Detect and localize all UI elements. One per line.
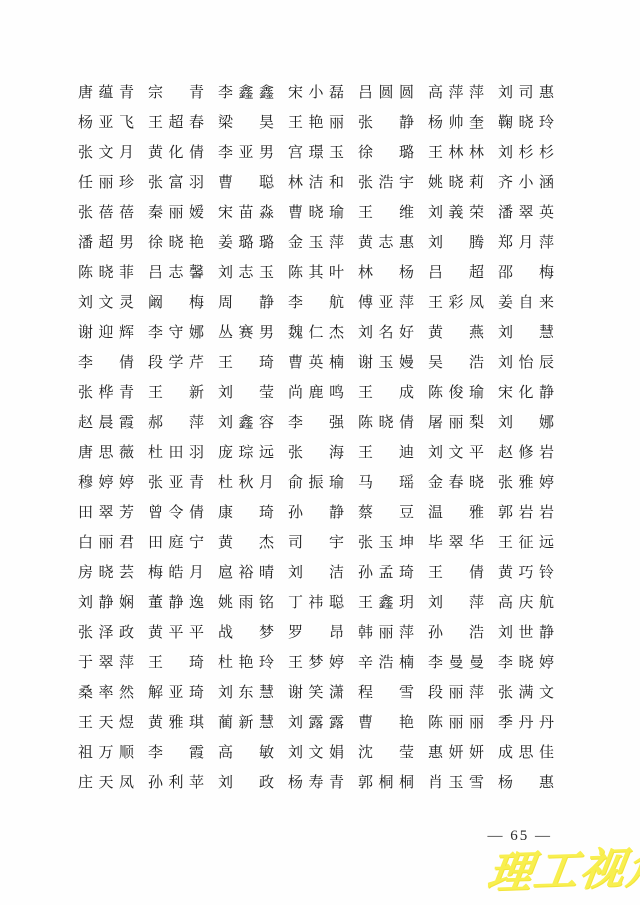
table-row: 李倩段学芹王琦曹英楠谢玉嫚吴浩刘怡辰 bbox=[78, 348, 554, 378]
person-name: 田庭宁 bbox=[148, 528, 204, 558]
person-name: 吴浩 bbox=[428, 348, 484, 378]
table-row: 谢迎辉李守娜丛赛男魏仁杰刘名好黄燕刘慧 bbox=[78, 318, 554, 348]
person-name: 丁祎聪 bbox=[288, 588, 344, 618]
person-name: 刘文娟 bbox=[288, 738, 344, 768]
person-name: 张泽政 bbox=[78, 618, 134, 648]
person-name: 王征远 bbox=[498, 528, 554, 558]
person-name: 梁昊 bbox=[218, 108, 274, 138]
person-name: 赵修岩 bbox=[498, 438, 554, 468]
person-name: 蔡豆 bbox=[358, 498, 414, 528]
person-name: 张静 bbox=[358, 108, 414, 138]
person-name: 王琦 bbox=[148, 648, 204, 678]
person-name: 辛浩楠 bbox=[358, 648, 414, 678]
person-name: 刘鑫容 bbox=[218, 408, 274, 438]
person-name: 张雅婷 bbox=[498, 468, 554, 498]
person-name: 梅皓月 bbox=[148, 558, 204, 588]
table-row: 张文月黄化倩李亚男宫璟玉徐璐王林林刘杉杉 bbox=[78, 138, 554, 168]
table-row: 于翠萍王琦杜艳玲王梦婷辛浩楠李曼曼李晓婷 bbox=[78, 648, 554, 678]
person-name: 俞振瑜 bbox=[288, 468, 344, 498]
person-name: 李曼曼 bbox=[428, 648, 484, 678]
person-name: 刘腾 bbox=[428, 228, 484, 258]
table-row: 祖万顺李霞高敏刘文娟沈莹惠妍妍成思佳 bbox=[78, 738, 554, 768]
person-name: 王天煜 bbox=[78, 708, 134, 738]
person-name: 解亚琦 bbox=[148, 678, 204, 708]
person-name: 刘萍 bbox=[428, 588, 484, 618]
person-name: 秦丽嫒 bbox=[148, 198, 204, 228]
person-name: 张满文 bbox=[498, 678, 554, 708]
person-name: 刘静娴 bbox=[78, 588, 134, 618]
person-name: 陈晓菲 bbox=[78, 258, 134, 288]
person-name: 王倩 bbox=[428, 558, 484, 588]
person-name: 张蓓蓓 bbox=[78, 198, 134, 228]
person-name: 张浩宇 bbox=[358, 168, 414, 198]
person-name: 刘司惠 bbox=[498, 78, 554, 108]
person-name: 白丽君 bbox=[78, 528, 134, 558]
person-name: 毕翠华 bbox=[428, 528, 484, 558]
person-name: 谢玉嫚 bbox=[358, 348, 414, 378]
person-name: 陈晓倩 bbox=[358, 408, 414, 438]
person-name: 刘东慧 bbox=[218, 678, 274, 708]
person-name: 任丽珍 bbox=[78, 168, 134, 198]
person-name: 孙孟琦 bbox=[358, 558, 414, 588]
person-name: 徐晓艳 bbox=[148, 228, 204, 258]
person-name: 王梦婷 bbox=[288, 648, 344, 678]
person-name: 黄化倩 bbox=[148, 138, 204, 168]
person-name: 庞琮远 bbox=[218, 438, 274, 468]
person-name: 王林林 bbox=[428, 138, 484, 168]
person-name: 孙静 bbox=[288, 498, 344, 528]
person-name: 王迪 bbox=[358, 438, 414, 468]
person-name: 于翠萍 bbox=[78, 648, 134, 678]
person-name: 郭岩岩 bbox=[498, 498, 554, 528]
person-name: 魏仁杰 bbox=[288, 318, 344, 348]
person-name: 黄杰 bbox=[218, 528, 274, 558]
person-name: 黄巧铃 bbox=[498, 558, 554, 588]
table-row: 陈晓菲吕志馨刘志玉陈其叶林杨吕超邵梅 bbox=[78, 258, 554, 288]
person-name: 赵晨霞 bbox=[78, 408, 134, 438]
person-name: 张文月 bbox=[78, 138, 134, 168]
person-name: 黄志惠 bbox=[358, 228, 414, 258]
person-name: 程雪 bbox=[358, 678, 414, 708]
person-name: 刘怡辰 bbox=[498, 348, 554, 378]
person-name: 王鑫玥 bbox=[358, 588, 414, 618]
person-name: 罗昂 bbox=[288, 618, 344, 648]
table-row: 田翠芳曾令倩康琦孙静蔡豆温雅郭岩岩 bbox=[78, 498, 554, 528]
person-name: 唐思薇 bbox=[78, 438, 134, 468]
person-name: 战梦 bbox=[218, 618, 274, 648]
person-name: 杨帅奎 bbox=[428, 108, 484, 138]
person-name: 金春晓 bbox=[428, 468, 484, 498]
person-name: 吕圆圆 bbox=[358, 78, 414, 108]
person-name: 李倩 bbox=[78, 348, 134, 378]
person-name: 杨寿青 bbox=[288, 768, 344, 798]
person-name: 李强 bbox=[288, 408, 344, 438]
person-name: 曹艳 bbox=[358, 708, 414, 738]
person-name: 尚鹿鸣 bbox=[288, 378, 344, 408]
person-name: 蔺新慧 bbox=[218, 708, 274, 738]
table-row: 刘静娴董静逸姚雨铭丁祎聪王鑫玥刘萍高庆航 bbox=[78, 588, 554, 618]
table-row: 赵晨霞郝萍刘鑫容李强陈晓倩屠丽梨刘娜 bbox=[78, 408, 554, 438]
table-row: 唐蕴青宗青李鑫鑫宋小磊吕圆圆高萍萍刘司惠 bbox=[78, 78, 554, 108]
table-row: 房晓芸梅皓月扈裕晴刘洁孙孟琦王倩黄巧铃 bbox=[78, 558, 554, 588]
person-name: 宋苗淼 bbox=[218, 198, 274, 228]
person-name: 郑月萍 bbox=[498, 228, 554, 258]
person-name: 阚梅 bbox=[148, 288, 204, 318]
person-name: 张桦青 bbox=[78, 378, 134, 408]
person-name: 陈丽丽 bbox=[428, 708, 484, 738]
person-name: 刘文平 bbox=[428, 438, 484, 468]
person-name: 穆婷婷 bbox=[78, 468, 134, 498]
person-name: 曹晓瑜 bbox=[288, 198, 344, 228]
person-name: 陈其叶 bbox=[288, 258, 344, 288]
person-name: 刘露露 bbox=[288, 708, 344, 738]
person-name: 黄雅琪 bbox=[148, 708, 204, 738]
person-name: 王成 bbox=[358, 378, 414, 408]
person-name: 王维 bbox=[358, 198, 414, 228]
person-name: 陈俊瑜 bbox=[428, 378, 484, 408]
table-row: 穆婷婷张亚青杜秋月俞振瑜马瑶金春晓张雅婷 bbox=[78, 468, 554, 498]
person-name: 李霞 bbox=[148, 738, 204, 768]
person-name: 刘洁 bbox=[288, 558, 344, 588]
person-name: 马瑶 bbox=[358, 468, 414, 498]
person-name: 李鑫鑫 bbox=[218, 78, 274, 108]
table-row: 潘超男徐晓艳姜璐璐金玉萍黄志惠刘腾郑月萍 bbox=[78, 228, 554, 258]
table-row: 张桦青王新刘莹尚鹿鸣王成陈俊瑜宋化静 bbox=[78, 378, 554, 408]
person-name: 曾令倩 bbox=[148, 498, 204, 528]
person-name: 吕超 bbox=[428, 258, 484, 288]
page-number: — 65 — bbox=[488, 828, 553, 845]
person-name: 邵梅 bbox=[498, 258, 554, 288]
person-name: 李守娜 bbox=[148, 318, 204, 348]
person-name: 高敏 bbox=[218, 738, 274, 768]
table-row: 张蓓蓓秦丽嫒宋苗淼曹晓瑜王维刘義荣潘翠英 bbox=[78, 198, 554, 228]
person-name: 屠丽梨 bbox=[428, 408, 484, 438]
person-name: 刘世静 bbox=[498, 618, 554, 648]
person-name: 温雅 bbox=[428, 498, 484, 528]
person-name: 惠妍妍 bbox=[428, 738, 484, 768]
table-row: 张泽政黄平平战梦罗昂韩丽萍孙浩刘世静 bbox=[78, 618, 554, 648]
person-name: 王琦 bbox=[218, 348, 274, 378]
person-name: 孙浩 bbox=[428, 618, 484, 648]
table-row: 白丽君田庭宁黄杰司宇张玉坤毕翠华王征远 bbox=[78, 528, 554, 558]
person-name: 高庆航 bbox=[498, 588, 554, 618]
table-row: 桑率然解亚琦刘东慧谢笑潇程雪段丽萍张满文 bbox=[78, 678, 554, 708]
person-name: 李亚男 bbox=[218, 138, 274, 168]
person-name: 李晓婷 bbox=[498, 648, 554, 678]
table-row: 杨亚飞王超春梁昊王艳丽张静杨帅奎鞠晓玲 bbox=[78, 108, 554, 138]
person-name: 扈裕晴 bbox=[218, 558, 274, 588]
person-name: 段丽萍 bbox=[428, 678, 484, 708]
person-name: 刘杉杉 bbox=[498, 138, 554, 168]
person-name: 宋小磊 bbox=[288, 78, 344, 108]
person-name: 姚晓莉 bbox=[428, 168, 484, 198]
document-page: 唐蕴青宗青李鑫鑫宋小磊吕圆圆高萍萍刘司惠杨亚飞王超春梁昊王艳丽张静杨帅奎鞠晓玲张… bbox=[0, 0, 640, 905]
person-name: 庄天凤 bbox=[78, 768, 134, 798]
person-name: 杜秋月 bbox=[218, 468, 274, 498]
person-name: 姚雨铭 bbox=[218, 588, 274, 618]
person-name: 周静 bbox=[218, 288, 274, 318]
person-name: 刘慧 bbox=[498, 318, 554, 348]
person-name: 宋化静 bbox=[498, 378, 554, 408]
person-name: 刘文灵 bbox=[78, 288, 134, 318]
person-name: 丛赛男 bbox=[218, 318, 274, 348]
person-name: 季丹丹 bbox=[498, 708, 554, 738]
person-name: 潘翠英 bbox=[498, 198, 554, 228]
person-name: 康琦 bbox=[218, 498, 274, 528]
person-name: 张亚青 bbox=[148, 468, 204, 498]
person-name: 黄燕 bbox=[428, 318, 484, 348]
person-name: 司宇 bbox=[288, 528, 344, 558]
person-name: 刘義荣 bbox=[428, 198, 484, 228]
person-name: 杨惠 bbox=[498, 768, 554, 798]
person-name: 宫璟玉 bbox=[288, 138, 344, 168]
table-row: 王天煜黄雅琪蔺新慧刘露露曹艳陈丽丽季丹丹 bbox=[78, 708, 554, 738]
person-name: 张海 bbox=[288, 438, 344, 468]
person-name: 杜田羽 bbox=[148, 438, 204, 468]
person-name: 刘政 bbox=[218, 768, 274, 798]
person-name: 张富羽 bbox=[148, 168, 204, 198]
person-name: 林杨 bbox=[358, 258, 414, 288]
person-name: 田翠芳 bbox=[78, 498, 134, 528]
person-name: 宗青 bbox=[148, 78, 204, 108]
person-name: 曹聪 bbox=[218, 168, 274, 198]
person-name: 肖玉雪 bbox=[428, 768, 484, 798]
person-name: 桑率然 bbox=[78, 678, 134, 708]
person-name: 傅亚萍 bbox=[358, 288, 414, 318]
person-name: 刘名好 bbox=[358, 318, 414, 348]
table-row: 刘文灵阚梅周静李航傅亚萍王彩凤姜自来 bbox=[78, 288, 554, 318]
person-name: 高萍萍 bbox=[428, 78, 484, 108]
person-name: 杨亚飞 bbox=[78, 108, 134, 138]
person-name: 李航 bbox=[288, 288, 344, 318]
person-name: 孙利苹 bbox=[148, 768, 204, 798]
person-name: 徐璐 bbox=[358, 138, 414, 168]
person-name: 曹英楠 bbox=[288, 348, 344, 378]
table-row: 庄天凤孙利苹刘政杨寿青郭桐桐肖玉雪杨惠 bbox=[78, 768, 554, 798]
person-name: 房晓芸 bbox=[78, 558, 134, 588]
person-name: 刘莹 bbox=[218, 378, 274, 408]
person-name: 齐小涵 bbox=[498, 168, 554, 198]
person-name: 成思佳 bbox=[498, 738, 554, 768]
person-name: 沈莹 bbox=[358, 738, 414, 768]
person-name: 鞠晓玲 bbox=[498, 108, 554, 138]
person-name: 祖万顺 bbox=[78, 738, 134, 768]
person-name: 郝萍 bbox=[148, 408, 204, 438]
person-name: 刘志玉 bbox=[218, 258, 274, 288]
table-row: 唐思薇杜田羽庞琮远张海王迪刘文平赵修岩 bbox=[78, 438, 554, 468]
person-name: 姜自来 bbox=[498, 288, 554, 318]
person-name: 黄平平 bbox=[148, 618, 204, 648]
person-name: 郭桐桐 bbox=[358, 768, 414, 798]
person-name: 张玉坤 bbox=[358, 528, 414, 558]
person-name: 刘娜 bbox=[498, 408, 554, 438]
person-name: 王彩凤 bbox=[428, 288, 484, 318]
watermark: 理工视角 bbox=[484, 844, 640, 899]
person-name: 唐蕴青 bbox=[78, 78, 134, 108]
person-name: 王超春 bbox=[148, 108, 204, 138]
person-name: 姜璐璐 bbox=[218, 228, 274, 258]
person-name: 韩丽萍 bbox=[358, 618, 414, 648]
person-name: 谢笑潇 bbox=[288, 678, 344, 708]
person-name: 谢迎辉 bbox=[78, 318, 134, 348]
person-name: 吕志馨 bbox=[148, 258, 204, 288]
person-name: 董静逸 bbox=[148, 588, 204, 618]
person-name: 王新 bbox=[148, 378, 204, 408]
person-name: 金玉萍 bbox=[288, 228, 344, 258]
person-name: 段学芹 bbox=[148, 348, 204, 378]
table-row: 任丽珍张富羽曹聪林洁和张浩宇姚晓莉齐小涵 bbox=[78, 168, 554, 198]
person-name: 杜艳玲 bbox=[218, 648, 274, 678]
person-name: 王艳丽 bbox=[288, 108, 344, 138]
person-name: 林洁和 bbox=[288, 168, 344, 198]
person-name: 潘超男 bbox=[78, 228, 134, 258]
name-list: 唐蕴青宗青李鑫鑫宋小磊吕圆圆高萍萍刘司惠杨亚飞王超春梁昊王艳丽张静杨帅奎鞠晓玲张… bbox=[78, 78, 554, 798]
